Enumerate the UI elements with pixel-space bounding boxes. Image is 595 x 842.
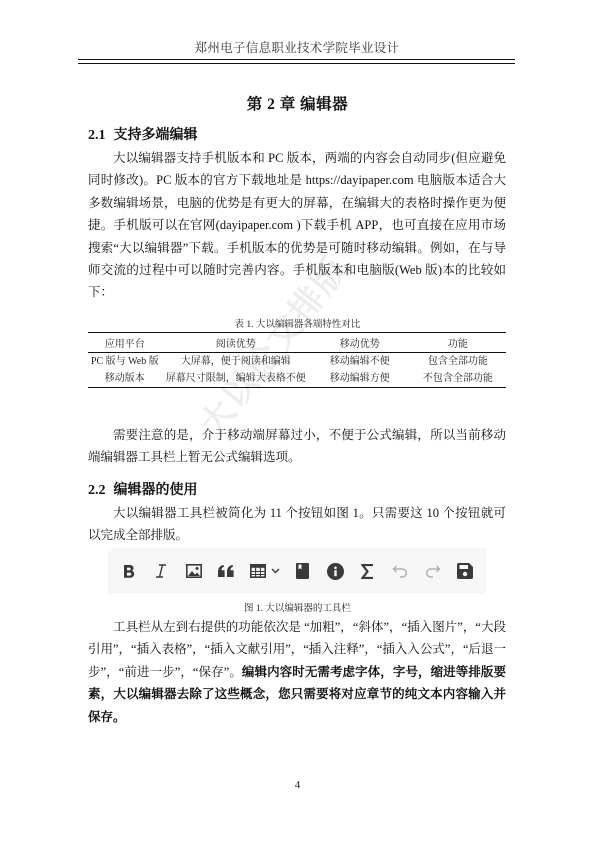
header-rule-thin: [78, 63, 515, 64]
insert-table-button[interactable]: [250, 559, 280, 583]
document-page: 郑州电子信息职业技术学院毕业设计 第 2 章 编辑器 2.1支持多端编辑 大以编…: [0, 0, 595, 842]
chevron-down-icon[interactable]: [271, 568, 280, 574]
section-title: 支持多端编辑: [114, 128, 198, 143]
save-button[interactable]: [456, 559, 474, 583]
table-cell: 包含全部功能: [410, 353, 506, 371]
section-heading-2-1: 2.1支持多端编辑: [88, 124, 198, 144]
table-cell: 不包含全部功能: [410, 370, 506, 388]
image-icon: [186, 564, 202, 578]
info-icon: [327, 563, 344, 580]
chapter-title: 第 2 章 编辑器: [0, 92, 595, 114]
header-rule-thick: [78, 59, 515, 60]
table-header-row: 应用平台 阅读优势 移动优势 功能: [88, 333, 506, 353]
table-cell: 大屏幕，便于阅读和编辑: [162, 353, 310, 371]
insert-image-button[interactable]: [185, 559, 203, 583]
table-cell: 移动编辑方便: [310, 370, 410, 388]
table-cell: PC 版与 Web 版: [88, 353, 162, 371]
table-header-cell: 应用平台: [88, 333, 162, 353]
table-header-cell: 阅读优势: [162, 333, 310, 353]
table-header-cell: 移动优势: [310, 333, 410, 353]
comparison-table: 应用平台 阅读优势 移动优势 功能 PC 版与 Web 版 大屏幕，便于阅读和编…: [88, 332, 506, 388]
bold-button[interactable]: [120, 559, 138, 583]
quote-icon: [218, 565, 234, 577]
undo-icon: [392, 564, 408, 578]
table-header-cell: 功能: [410, 333, 506, 353]
table-caption: 表 1. 大以编辑器各端特性对比: [0, 316, 595, 330]
table-icon: [250, 564, 266, 578]
section-heading-2-2: 2.2编辑器的使用: [88, 479, 198, 499]
page-number: 4: [0, 779, 595, 791]
sigma-icon: [361, 564, 374, 579]
italic-button[interactable]: [152, 559, 170, 583]
figure-caption: 图 1. 大以编辑器的工具栏: [0, 600, 595, 614]
body-paragraph: 大以编辑器支持手机版本和 PC 版本，两端的内容会自动同步(但应避免同时修改)。…: [88, 147, 506, 304]
undo-button[interactable]: [391, 559, 409, 583]
redo-button[interactable]: [424, 559, 442, 583]
table-cell: 移动版本: [88, 370, 162, 388]
table-cell: 屏幕尺寸限制，编辑大表格不便: [162, 370, 310, 388]
body-paragraph: 需要注意的是，介于移动端屏幕过小，不便于公式编辑，所以当前移动端编辑器工具栏上暂…: [88, 424, 506, 469]
table-row: 移动版本 屏幕尺寸限制，编辑大表格不便 移动编辑方便 不包含全部功能: [88, 370, 506, 388]
section-number: 2.2: [88, 483, 106, 498]
bold-icon: [122, 563, 136, 579]
table-row: PC 版与 Web 版 大屏幕，便于阅读和编辑 移动编辑不便 包含全部功能: [88, 353, 506, 371]
save-icon: [457, 563, 473, 579]
insert-citation-button[interactable]: [294, 559, 312, 583]
insert-note-button[interactable]: [326, 559, 344, 583]
insert-formula-button[interactable]: [359, 559, 377, 583]
blockquote-button[interactable]: [217, 559, 235, 583]
redo-icon: [425, 564, 441, 578]
section-number: 2.1: [88, 128, 106, 143]
section-title: 编辑器的使用: [114, 483, 198, 498]
book-icon: [296, 563, 309, 579]
body-paragraph: 大以编辑器工具栏被简化为 11 个按钮如图 1。只需要这 10 个按钮就可以完成…: [88, 502, 506, 547]
toolbar-description-paragraph: 工具栏从左到右提供的功能依次是 “加粗”，“斜体”，“插入图片”，“大段引用”，…: [88, 616, 506, 728]
table-cell: 移动编辑不便: [310, 353, 410, 371]
editor-toolbar-figure: [108, 548, 486, 594]
page-header: 郑州电子信息职业技术学院毕业设计: [88, 38, 506, 56]
italic-icon: [155, 563, 167, 579]
